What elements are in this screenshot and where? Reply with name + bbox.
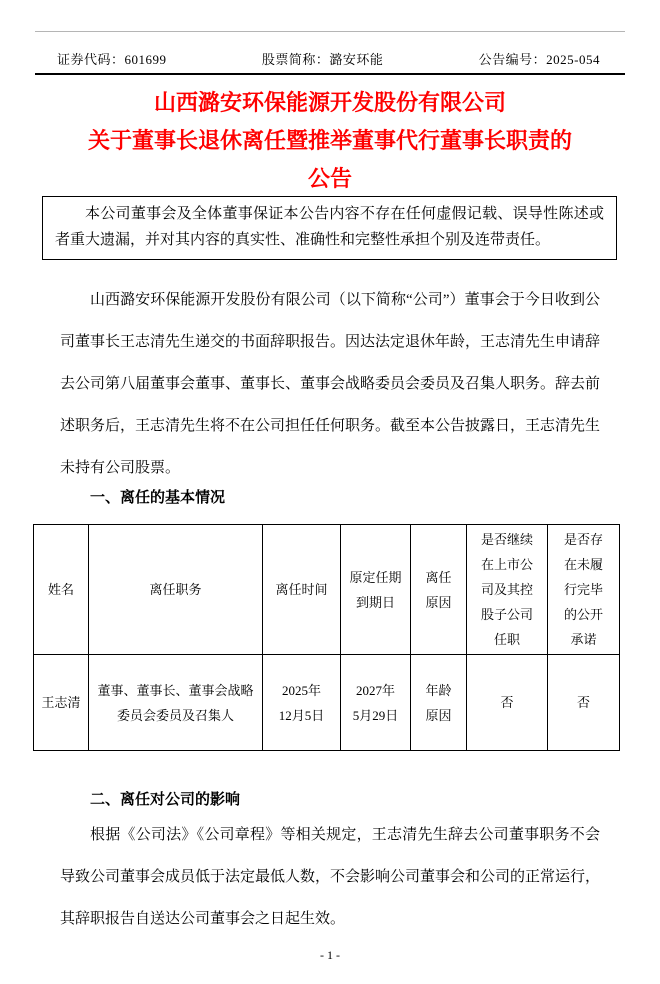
stock-short-name: 股票简称：潞安环能 (262, 49, 384, 68)
disclaimer-text: 本公司董事会及全体董事保证本公告内容不存在任何虚假记载、误导性陈述或者重大遗漏，… (55, 206, 604, 248)
header-original-term-end: 原定任期 到期日 (341, 525, 411, 655)
header-departure-date: 离任时间 (263, 525, 341, 655)
top-thin-rule (35, 31, 625, 32)
cell-original-term-end: 2027年 5月29日 (341, 655, 411, 751)
page-number: - 1 - (0, 948, 660, 963)
cell-departure-reason: 年龄 原因 (411, 655, 467, 751)
header-name: 姓名 (34, 525, 89, 655)
cell-departing-position: 董事、董事长、董事会战略委员会委员及召集人 (89, 655, 263, 751)
table-header-row: 姓名 离任职务 离任时间 原定任期 到期日 离任 原因 是否继续 在上市公 司及… (34, 525, 620, 655)
table-row: 王志清 董事、董事长、董事会战略委员会委员及召集人 2025年 12月5日 20… (34, 655, 620, 751)
departure-info-table: 姓名 离任职务 离任时间 原定任期 到期日 离任 原因 是否继续 在上市公 司及… (33, 524, 620, 751)
header-unfulfilled-commitments: 是否存 在未履 行完毕 的公开 承诺 (548, 525, 620, 655)
resignation-paragraph: 山西潞安环保能源开发股份有限公司（以下简称“公司”）董事会于今日收到公司董事长王… (60, 279, 600, 489)
header-departure-reason: 离任 原因 (411, 525, 467, 655)
section1-heading: 一、离任的基本情况 (60, 486, 600, 510)
title-line-company: 山西潞安环保能源开发股份有限公司 (0, 84, 660, 122)
announcement-page: 证券代码：601699 股票简称：潞安环能 公告编号：2025-054 山西潞安… (0, 0, 660, 984)
announcement-number: 公告编号：2025-054 (479, 49, 600, 68)
stock-code: 证券代码：601699 (57, 49, 167, 68)
header-divider-rule (35, 73, 625, 75)
impact-paragraph: 根据《公司法》《公司章程》等相关规定，王志清先生辞去公司董事职务不会导致公司董事… (60, 814, 600, 940)
cell-name: 王志清 (34, 655, 89, 751)
cell-unfulfilled-commitments: 否 (548, 655, 620, 751)
security-meta-row: 证券代码：601699 股票简称：潞安环能 公告编号：2025-054 (57, 49, 600, 68)
header-continue-serving: 是否继续 在上市公 司及其控 股子公司 任职 (467, 525, 548, 655)
board-disclaimer-box: 本公司董事会及全体董事保证本公告内容不存在任何虚假记载、误导性陈述或者重大遗漏，… (42, 196, 617, 260)
document-title: 山西潞安环保能源开发股份有限公司 关于董事长退休离任暨推举董事代行董事长职责的 … (0, 84, 660, 198)
title-line-subject: 关于董事长退休离任暨推举董事代行董事长职责的 (0, 122, 660, 160)
header-departing-position: 离任职务 (89, 525, 263, 655)
cell-departure-date: 2025年 12月5日 (263, 655, 341, 751)
title-line-announcement: 公告 (0, 160, 660, 198)
section2-heading: 二、离任对公司的影响 (60, 788, 600, 812)
cell-continue-serving: 否 (467, 655, 548, 751)
